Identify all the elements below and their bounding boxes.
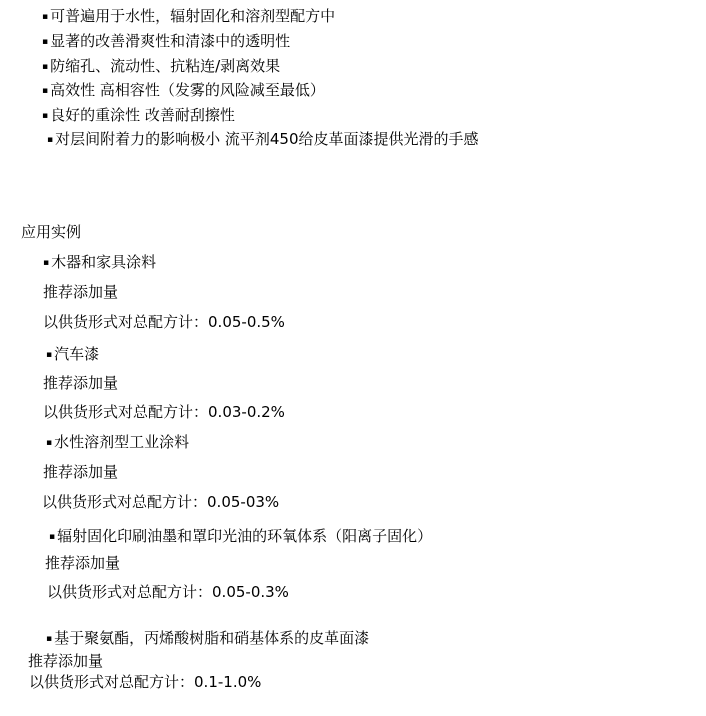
feature-text: 高效性 高相容性（发雾的风险减至最低）: [50, 81, 325, 99]
application-use-text: 水性溶剂型工业涂料: [54, 433, 189, 451]
dosage-label: 推荐添加量: [43, 375, 118, 392]
dosage-prefix: 以供货形式对总配方计：: [47, 583, 212, 601]
feature-text: 良好的重涂性 改善耐刮擦性: [50, 106, 235, 124]
dosage-line: 以供货形式对总配方计：0.05-0.5%: [43, 314, 285, 331]
application-use: ▪汽车漆: [46, 346, 99, 364]
document-page: { "page": { "background": "#ffffff", "te…: [0, 0, 706, 716]
feature-item: ▪防缩孔、流动性、抗粘连/剥离效果: [42, 58, 280, 76]
feature-item: ▪显著的改善滑爽性和清漆中的透明性: [42, 33, 290, 51]
dosage-prefix: 以供货形式对总配方计：: [43, 313, 208, 331]
application-use: ▪水性溶剂型工业涂料: [46, 434, 189, 452]
feature-item: ▪高效性 高相容性（发雾的风险减至最低）: [42, 82, 325, 100]
bullet-icon: ▪: [46, 347, 52, 364]
dosage-value: 0.05-0.5%: [208, 313, 285, 331]
dosage-value: 0.05-0.3%: [212, 583, 289, 601]
bullet-icon: ▪: [49, 529, 55, 546]
dosage-line: 以供货形式对总配方计：0.05-03%: [42, 494, 279, 511]
dosage-line: 以供货形式对总配方计：0.1-1.0%: [29, 674, 261, 691]
bullet-icon: ▪: [42, 83, 48, 100]
feature-text: 防缩孔、流动性、抗粘连/剥离效果: [50, 57, 280, 75]
bullet-icon: ▪: [42, 34, 48, 51]
feature-text: 对层间附着力的影响极小 流平剂450给皮革面漆提供光滑的手感: [55, 130, 478, 148]
bullet-icon: ▪: [46, 631, 52, 648]
feature-item: ▪可普遍用于水性，辐射固化和溶剂型配方中: [42, 8, 335, 26]
feature-text: 可普遍用于水性，辐射固化和溶剂型配方中: [50, 7, 335, 25]
dosage-label: 推荐添加量: [43, 284, 118, 301]
feature-item: ▪对层间附着力的影响极小 流平剂450给皮革面漆提供光滑的手感: [47, 131, 479, 149]
application-use-text: 基于聚氨酯，丙烯酸树脂和硝基体系的皮革面漆: [54, 629, 369, 647]
dosage-value: 0.03-0.2%: [208, 403, 285, 421]
application-use-text: 辐射固化印刷油墨和罩印光油的环氧体系（阳离子固化）: [57, 527, 432, 545]
applications-heading: 应用实例: [21, 224, 81, 241]
application-use-text: 汽车漆: [54, 345, 99, 363]
bullet-icon: ▪: [43, 255, 49, 272]
application-use: ▪辐射固化印刷油墨和罩印光油的环氧体系（阳离子固化）: [49, 528, 432, 546]
bullet-icon: ▪: [47, 132, 53, 149]
dosage-label: 推荐添加量: [45, 555, 120, 572]
dosage-label: 推荐添加量: [28, 653, 103, 670]
feature-text: 显著的改善滑爽性和清漆中的透明性: [50, 32, 290, 50]
feature-item: ▪良好的重涂性 改善耐刮擦性: [42, 107, 235, 125]
dosage-prefix: 以供货形式对总配方计：: [42, 493, 207, 511]
bullet-icon: ▪: [42, 9, 48, 26]
dosage-value: 0.1-1.0%: [194, 673, 261, 691]
bullet-icon: ▪: [46, 435, 52, 452]
application-use-text: 木器和家具涂料: [51, 253, 156, 271]
application-use: ▪基于聚氨酯，丙烯酸树脂和硝基体系的皮革面漆: [46, 630, 369, 648]
dosage-prefix: 以供货形式对总配方计：: [43, 403, 208, 421]
bullet-icon: ▪: [42, 108, 48, 125]
dosage-value: 0.05-03%: [207, 493, 279, 511]
bullet-icon: ▪: [42, 59, 48, 76]
dosage-line: 以供货形式对总配方计：0.05-0.3%: [47, 584, 289, 601]
dosage-prefix: 以供货形式对总配方计：: [29, 673, 194, 691]
application-use: ▪木器和家具涂料: [43, 254, 156, 272]
dosage-label: 推荐添加量: [43, 464, 118, 481]
dosage-line: 以供货形式对总配方计：0.03-0.2%: [43, 404, 285, 421]
